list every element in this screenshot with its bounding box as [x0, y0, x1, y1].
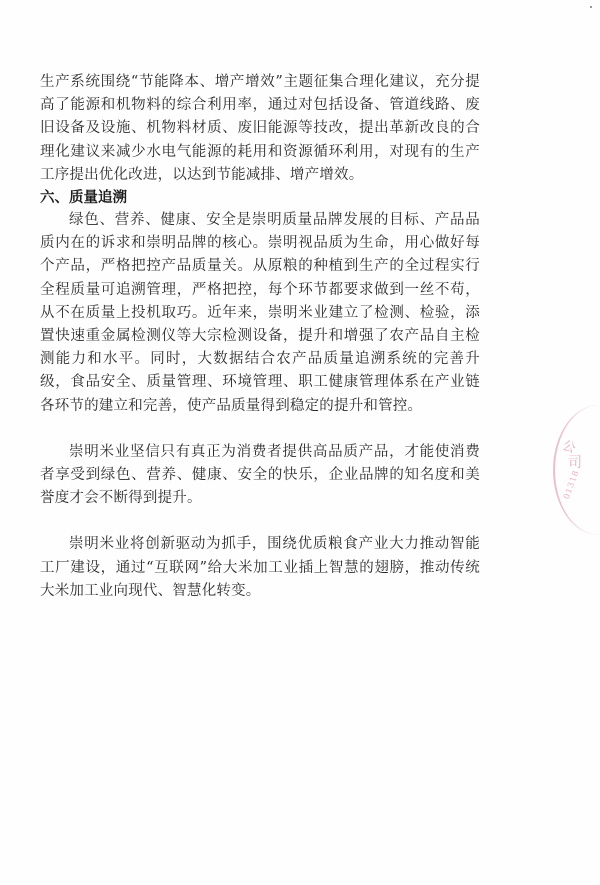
section-heading: 六、质量追溯 [40, 187, 480, 209]
scan-speck [590, 6, 592, 8]
document-body: 生产系统围绕“节能降本、增产增效”主题征集合理化建议，充分提高了能源和机物料的综… [40, 71, 480, 603]
paragraph-innovation: 崇明米业将创新驱动为抓手，围绕优质粮食产业大力推动智能工厂建设，通过“互联网”给… [40, 533, 480, 603]
paragraph-belief: 崇明米业坚信只有真正为消费者提供高品质产品，才能使消费者享受到绿色、营养、健康、… [40, 441, 480, 511]
document-page: 生产系统围绕“节能降本、增产增效”主题征集合理化建议，充分提高了能源和机物料的综… [0, 0, 600, 885]
paragraph-quality: 绿色、营养、健康、安全是崇明质量品牌发展的目标、产品品质内在的诉求和崇明品牌的核… [40, 209, 480, 418]
paragraph-gap [40, 418, 480, 441]
paragraph-intro: 生产系统围绕“节能降本、增产增效”主题征集合理化建议，充分提高了能源和机物料的综… [40, 71, 480, 187]
paragraph-gap [40, 510, 480, 533]
